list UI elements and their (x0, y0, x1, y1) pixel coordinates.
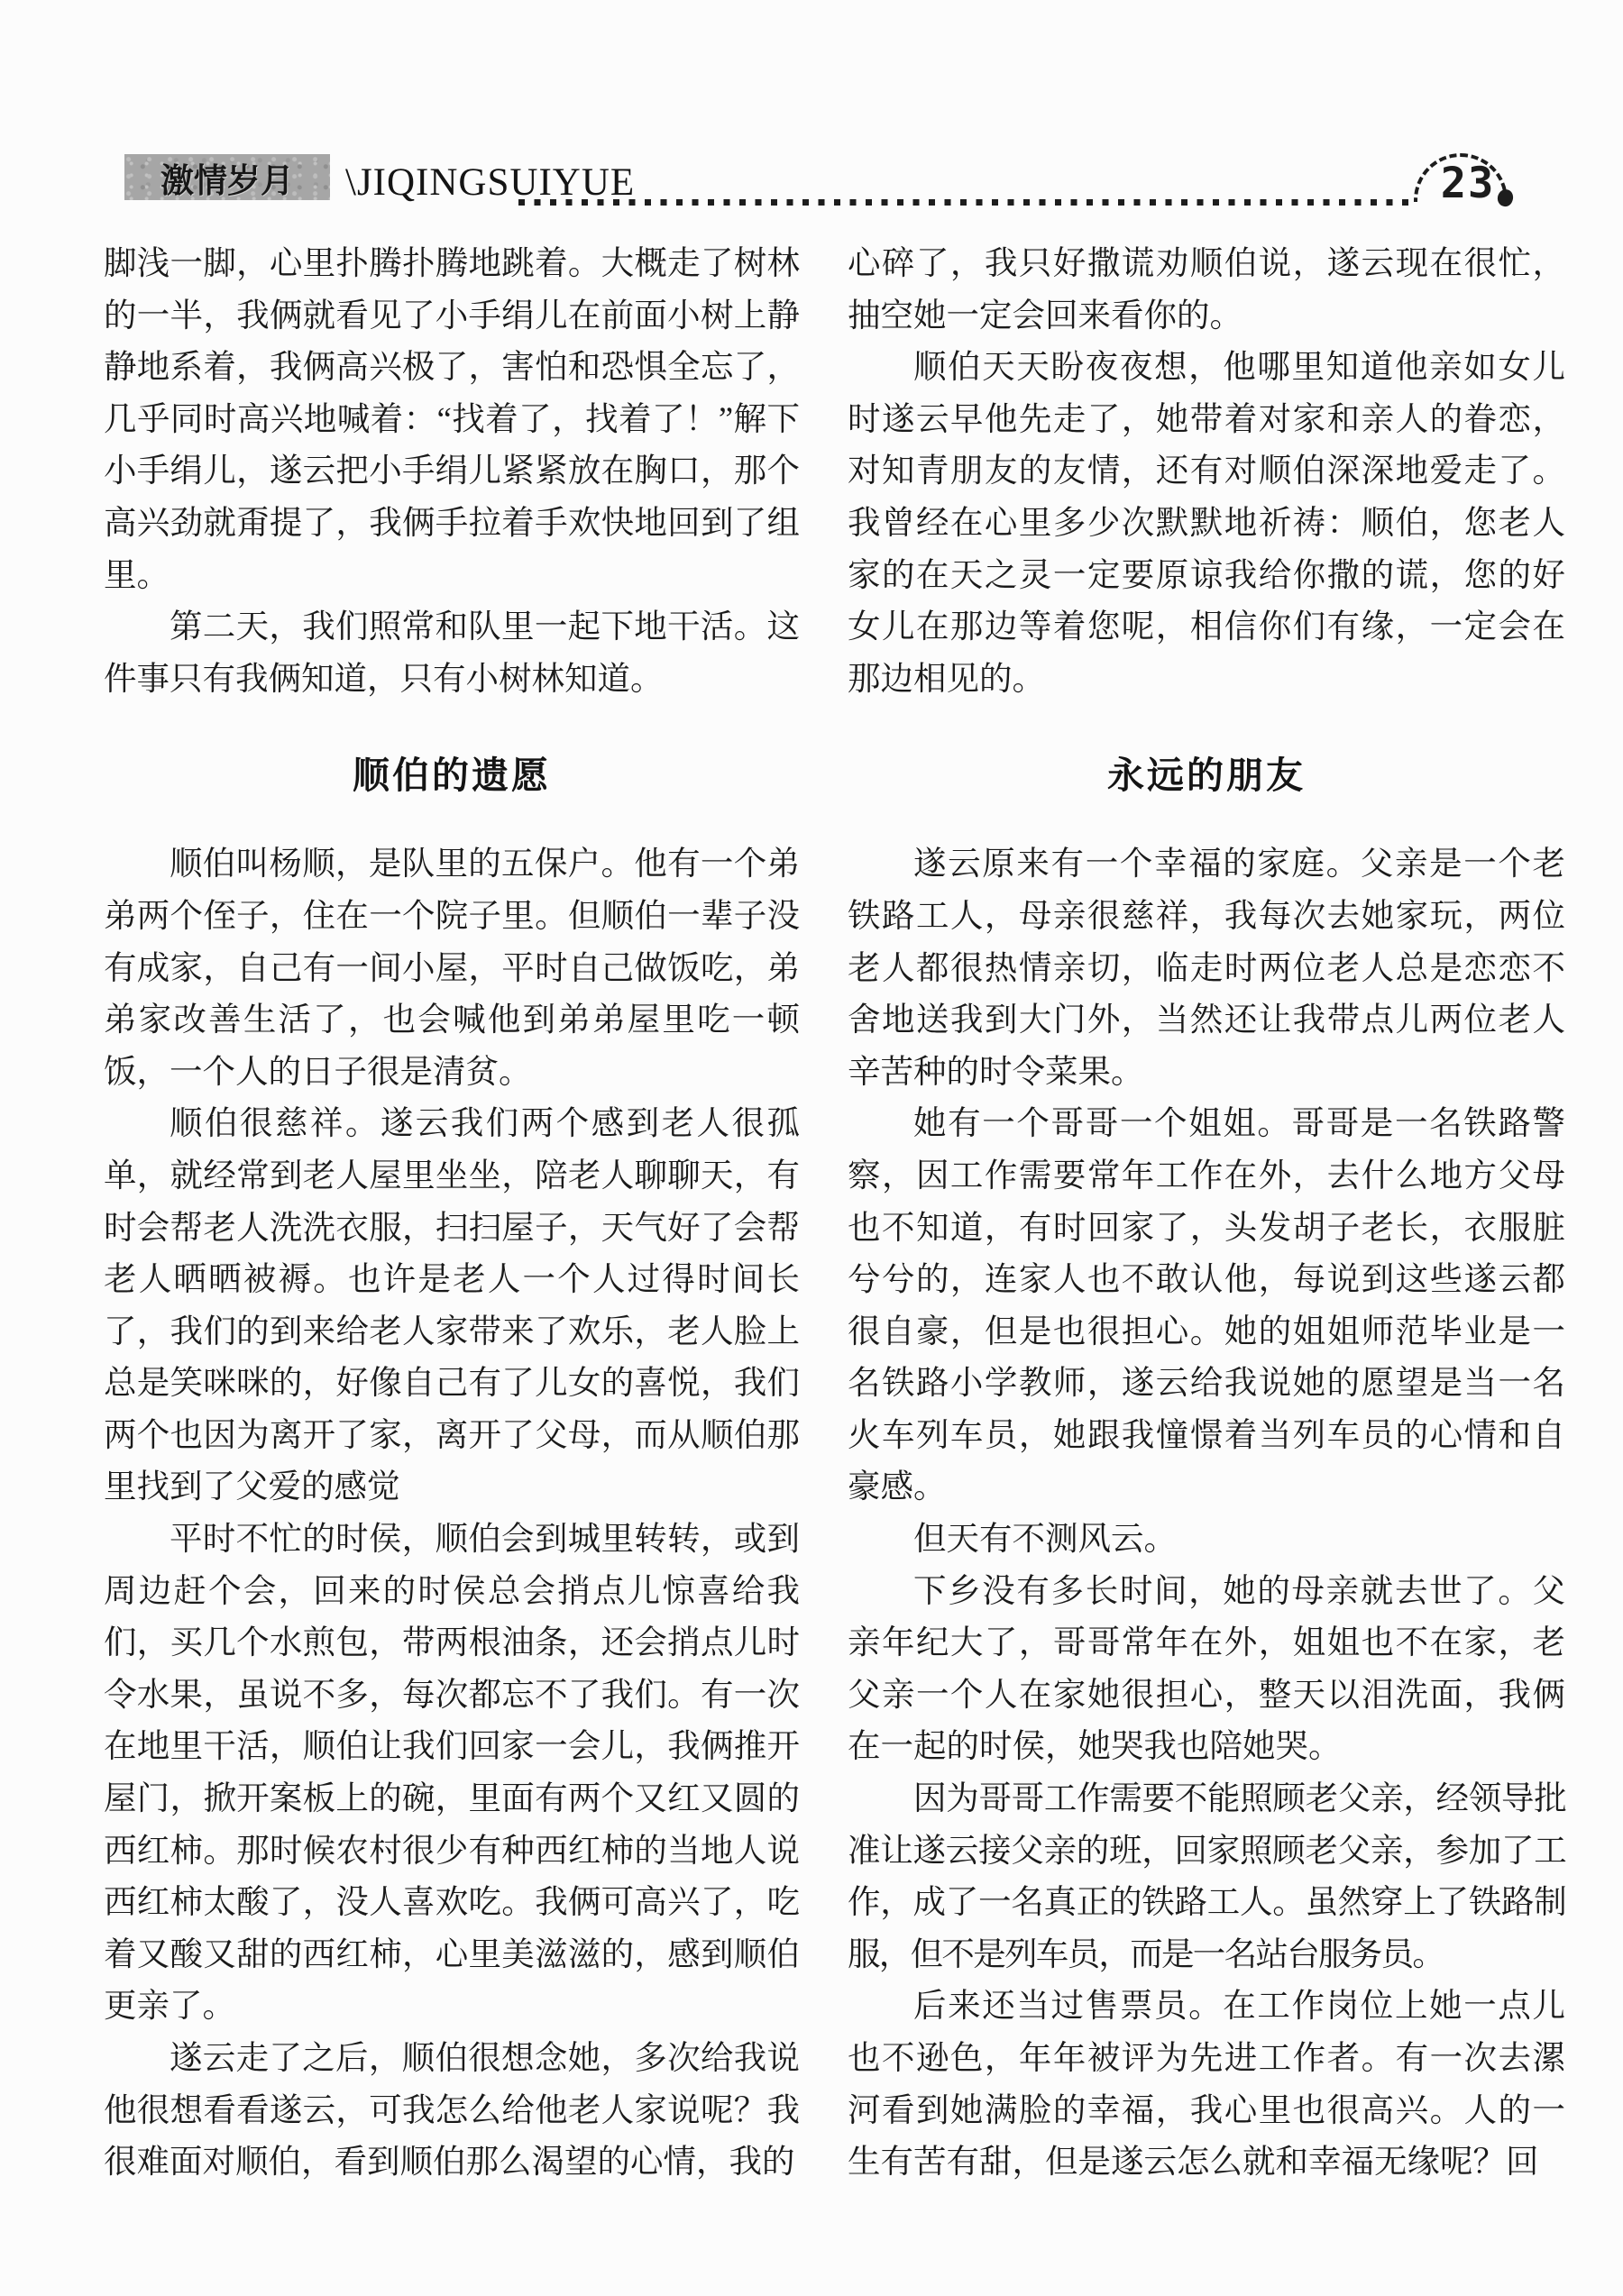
page-number: 23 (1432, 159, 1504, 208)
right-column: 心碎了，我只好撒谎劝顺伯说，遂云现在很忙，抽空她一定会回来看你的。 顺伯天天盼夜… (848, 237, 1565, 2188)
paragraph: 下乡没有多长时间，她的母亲就去世了。父亲年纪大了，哥哥常年在外，姐姐也不在家，老… (848, 1565, 1565, 1772)
paragraph: 第二天，我们照常和队里一起下地干活。这件事只有我俩知道，只有小树林知道。 (104, 600, 800, 704)
section-heading-shunbo: 顺伯的遗愿 (104, 746, 800, 799)
dotted-divider (518, 199, 1409, 206)
paragraph: 平时不忙的时侯，顺伯会到城里转转，或到周边赶个会，回来的时侯总会捎点儿惊喜给我们… (104, 1513, 800, 2032)
paragraph: 但天有不测风云。 (848, 1513, 1565, 1565)
magazine-logo: 激情岁月 (124, 154, 330, 200)
magazine-logo-latin: \JIQINGSUIYUE (345, 160, 635, 205)
magazine-logo-text: 激情岁月 (160, 153, 294, 202)
paragraph: 因为哥哥工作需要不能照顾老父亲，经领导批准让遂云接父亲的班，回家照顾老父亲，参加… (848, 1772, 1565, 1980)
paragraph: 她有一个哥哥一个姐姐。哥哥是一名铁路警察，因工作需要常年工作在外，去什么地方父母… (848, 1097, 1565, 1513)
paragraph: 后来还当过售票员。在工作岗位上她一点儿也不逊色，年年被评为先进工作者。有一次去漯… (848, 1980, 1565, 2187)
paragraph: 顺伯很慈祥。遂云我们两个感到老人很孤单，就经常到老人屋里坐坐，陪老人聊聊天，有时… (104, 1097, 800, 1513)
magazine-page: { "colors": { "ink": "#1a1a1a", "logo_bo… (0, 0, 1623, 2296)
paragraph: 遂云走了之后，顺伯很想念她，多次给我说他很想看看遂云，可我怎么给他老人家说呢？我… (104, 2032, 800, 2188)
left-column: 脚浅一脚，心里扑腾扑腾地跳着。大概走了树林的一半，我俩就看见了小手绢儿在前面小树… (104, 237, 800, 2188)
paragraph: 顺伯天天盼夜夜想，他哪里知道他亲如女儿时遂云早他先走了，她带着对家和亲人的眷恋，… (848, 341, 1565, 704)
paragraph: 顺伯叫杨顺，是队里的五保户。他有一个弟弟两个侄子，住在一个院子里。但顺伯一辈子没… (104, 837, 800, 1097)
paragraph: 脚浅一脚，心里扑腾扑腾地跳着。大概走了树林的一半，我俩就看见了小手绢儿在前面小树… (104, 237, 800, 600)
paragraph: 遂云原来有一个幸福的家庭。父亲是一个老铁路工人，母亲很慈祥，我每次去她家玩，两位… (848, 837, 1565, 1097)
section-heading-friend: 永远的朋友 (848, 746, 1565, 799)
paragraph: 心碎了，我只好撒谎劝顺伯说，遂云现在很忙，抽空她一定会回来看你的。 (848, 237, 1565, 341)
